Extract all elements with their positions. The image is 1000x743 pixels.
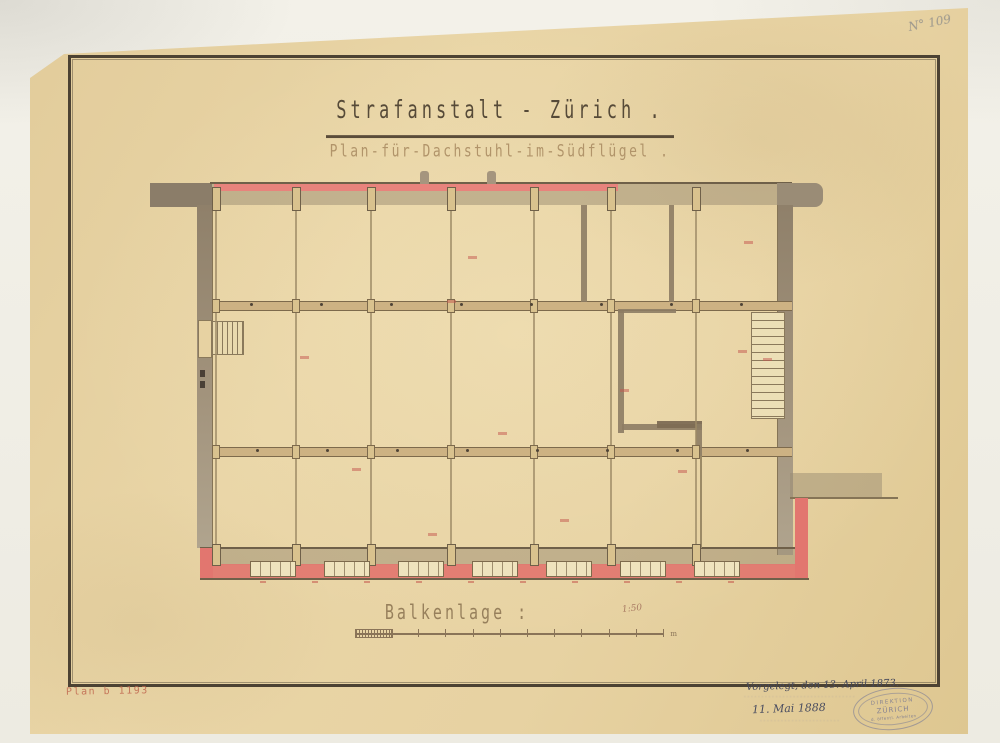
partition-wall — [618, 311, 624, 433]
date-note-handwriting: 11. Mai 1888 — [752, 701, 826, 717]
caption-block: Balkenlage : — [0, 599, 914, 618]
dimension-mark — [738, 350, 747, 353]
archive-number: Plan b 1193 — [66, 685, 149, 697]
chimney-stub — [420, 171, 429, 184]
red-dimension-tick — [676, 581, 682, 583]
beam-joint — [692, 445, 700, 459]
scale-tick — [554, 629, 555, 637]
wall-right-appendage — [790, 473, 882, 497]
post-symbol — [292, 187, 301, 211]
cellar-window — [620, 561, 666, 577]
scale-tick — [418, 629, 419, 637]
partition-wall — [618, 309, 676, 313]
chimney-stub — [487, 171, 496, 184]
scale-tick — [581, 629, 582, 637]
door-mark — [200, 381, 205, 388]
stamp-text-top: DIREKTION — [871, 697, 915, 707]
bay-beam-line — [533, 205, 535, 548]
bolt-dot — [670, 303, 673, 306]
scale-bar-hatched-head — [355, 629, 393, 638]
cellar-window — [546, 561, 592, 577]
red-dimension-tick — [572, 581, 578, 583]
bay-beam-line — [695, 205, 697, 548]
beam-joint — [530, 299, 538, 313]
scale-bar: m — [355, 627, 667, 643]
wall-bottom-outer-edge — [200, 578, 809, 580]
cellar-window — [472, 561, 518, 577]
faded-stamp-text: ································ — [744, 694, 854, 701]
cellar-window — [250, 561, 296, 577]
red-dimension-tick — [468, 581, 474, 583]
post-symbol — [607, 544, 616, 566]
red-masonry-top — [214, 184, 618, 191]
beam-joint — [447, 445, 455, 459]
red-dimension-tick — [364, 581, 370, 583]
post-symbol — [212, 544, 221, 566]
cellar-window — [694, 561, 740, 577]
post-symbol — [367, 187, 376, 211]
bolt-dot — [746, 449, 749, 452]
wall-left-door-gap — [198, 320, 212, 358]
cellar-window — [398, 561, 444, 577]
bolt-dot — [326, 449, 329, 452]
scanned-plan-page: Strafanstalt - Zürich . Plan-für-Dachstu… — [0, 0, 1000, 743]
post-symbol — [447, 187, 456, 211]
red-dimension-tick — [728, 581, 734, 583]
bolt-dot — [740, 303, 743, 306]
dimension-mark — [620, 389, 629, 392]
scale-tick — [609, 629, 610, 637]
bolt-dot — [530, 303, 533, 306]
scale-tick — [663, 629, 664, 637]
bolt-dot — [466, 449, 469, 452]
bay-beam-line — [610, 205, 612, 548]
partition-wall — [581, 205, 587, 302]
post-symbol — [212, 187, 221, 211]
bolt-dot — [320, 303, 323, 306]
scale-bar-line — [355, 633, 663, 635]
faded-stamp-text: ······················· — [760, 718, 850, 725]
bolt-dot — [606, 449, 609, 452]
red-dimension-tick — [520, 581, 526, 583]
stamp-text-bottom: d. öffentl. Arbeiten — [871, 712, 917, 721]
post-symbol — [530, 544, 539, 566]
beam-joint — [212, 445, 220, 459]
bolt-dot — [600, 303, 603, 306]
plan-caption: Balkenlage : — [385, 600, 529, 624]
wall-top-left-protrusion — [150, 183, 212, 207]
beam-joint — [530, 445, 538, 459]
bolt-dot — [536, 449, 539, 452]
scale-tick — [445, 629, 446, 637]
bolt-dot — [390, 303, 393, 306]
dimension-mark — [678, 470, 687, 473]
dimension-mark — [468, 256, 477, 259]
bay-beam-line — [215, 205, 217, 548]
red-dimension-tick — [624, 581, 630, 583]
stamp-text-middle: ZÜRICH — [876, 704, 910, 715]
post-symbol — [692, 187, 701, 211]
post-symbol — [607, 187, 616, 211]
red-dimension-tick — [416, 581, 422, 583]
scale-unit-label: m — [670, 630, 677, 638]
red-dimension-tick — [260, 581, 266, 583]
beam-joint — [692, 299, 700, 313]
wall-top-right-cap — [777, 183, 823, 207]
post-symbol — [447, 544, 456, 566]
beam-joint — [367, 299, 375, 313]
bolt-dot — [460, 303, 463, 306]
staircase-left — [212, 321, 244, 355]
dimension-mark — [560, 519, 569, 522]
wall-bottom-edge — [200, 547, 795, 549]
bolt-dot — [396, 449, 399, 452]
dimension-mark — [300, 356, 309, 359]
dimension-mark — [352, 468, 361, 471]
dimension-mark — [428, 533, 437, 536]
scale-tick — [473, 629, 474, 637]
partition-line — [700, 456, 702, 548]
scale-tick — [391, 629, 392, 637]
scale-tick — [527, 629, 528, 637]
staircase-right — [751, 312, 785, 419]
door-mark — [200, 370, 205, 377]
beam-joint — [367, 445, 375, 459]
dimension-mark — [498, 432, 507, 435]
dimension-mark — [763, 358, 772, 361]
red-masonry-right — [795, 498, 808, 578]
beam-joint — [292, 299, 300, 313]
red-dimension-tick — [312, 581, 318, 583]
scale-ratio: 1:50 — [622, 603, 643, 615]
bolt-dot — [250, 303, 253, 306]
beam-joint — [607, 299, 615, 313]
scale-tick — [636, 629, 637, 637]
cellar-window — [324, 561, 370, 577]
bay-beam-line — [450, 205, 452, 548]
beam-joint — [607, 445, 615, 459]
dimension-mark — [447, 300, 456, 303]
partition-wall — [669, 205, 674, 302]
bay-beam-line — [370, 205, 372, 548]
dimension-mark — [744, 241, 753, 244]
beam-joint — [212, 299, 220, 313]
scale-tick — [500, 629, 501, 637]
post-symbol — [530, 187, 539, 211]
bay-beam-line — [295, 205, 297, 548]
bolt-dot — [676, 449, 679, 452]
bolt-dot — [256, 449, 259, 452]
beam-joint — [292, 445, 300, 459]
